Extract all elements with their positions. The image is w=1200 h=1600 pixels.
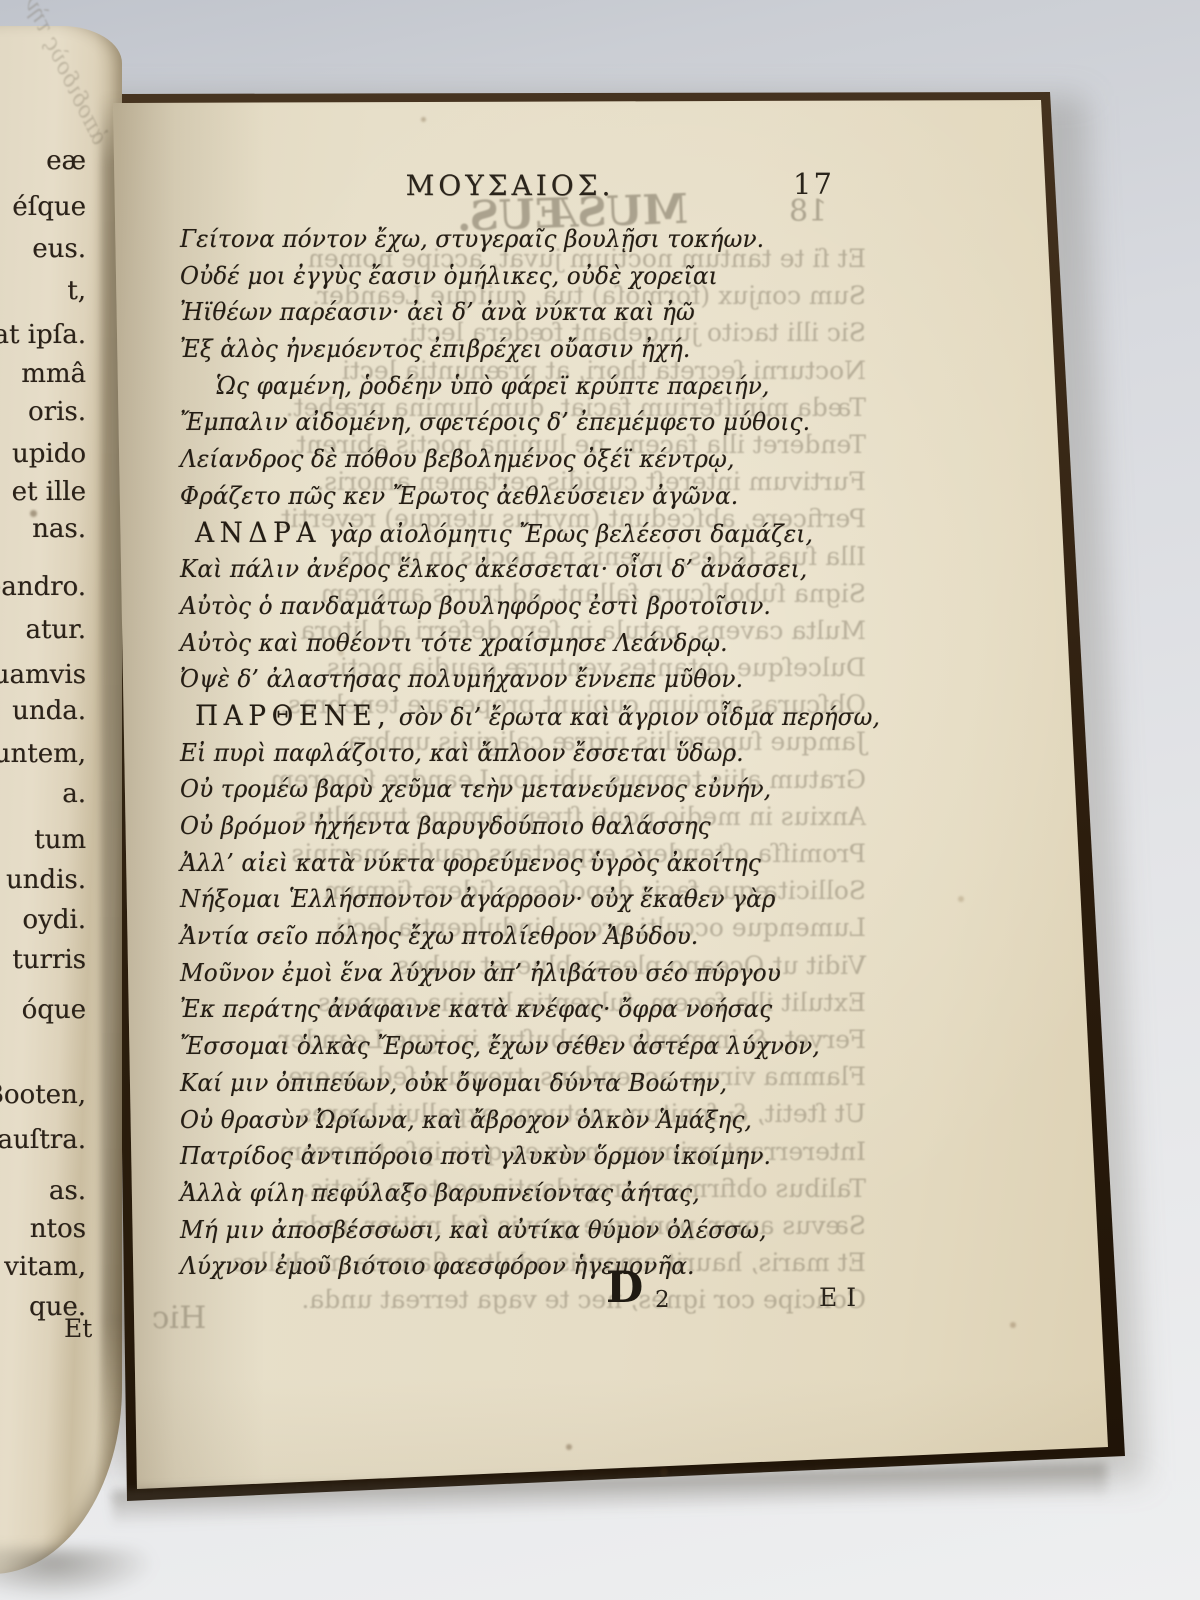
greek-text-line: Νήξομαι Ἑλλήσποντον ἀγάρροον· οὐχ ἕκαθεν… — [180, 881, 880, 918]
running-head-title: ΜΟΥΣΑΙΟΣ. — [335, 169, 685, 202]
left-page-fragment: unda. — [12, 696, 86, 726]
verse-initial-caps: ΠΑΡΘΕΝΕ, — [195, 699, 391, 732]
left-page-catchword: Et — [64, 1314, 92, 1343]
left-page-fragment: eæ — [46, 146, 86, 176]
greek-text-line: Ἐξ ἁλὸς ἠνεμόεντος ἐπιβρέχει οὔασιν ἠχή. — [180, 331, 880, 368]
ghost-latin-line: Concipe cor ignes, nec te vaga terreat u… — [310, 1281, 866, 1318]
foxing-spot — [338, 650, 344, 656]
greek-text-line: Ἀντία σεῖο πόληος ἔχω πτολίεθρον Ἀβύδου. — [180, 918, 880, 955]
page-number: 17 — [793, 167, 834, 201]
greek-text-line: Οὐδέ μοι ἐγγὺς ἔασιν ὁμήλικες, οὐδὲ χορε… — [180, 258, 880, 295]
left-page-fragment: Booten, — [0, 1080, 86, 1110]
signature-mark-letter: D — [606, 1263, 643, 1313]
greek-text-line: Γείτονα πόντον ἔχω, στυγεραῖς βουλῇσι το… — [180, 221, 880, 258]
left-page-fragment: mmâ — [21, 359, 86, 389]
left-page-bottom-shadow — [0, 1548, 156, 1600]
greek-text-line: ΑΝΔΡΑ γὰρ αἰολόμητις Ἔρως βελέεσσι δαμάζ… — [180, 515, 880, 552]
greek-text-line: Λύχνον ἐμοῦ βιότοιο φαεσφόρον ἡγεμονῆα. — [180, 1248, 880, 1285]
left-page-fragment: upido — [12, 439, 86, 469]
greek-text-line: Ἐκ περάτης ἀνάφαινε κατὰ κνέφας· ὄφρα νο… — [180, 991, 880, 1028]
book-photo: { "photo": { "background_color": "#dcdee… — [0, 0, 1200, 1600]
greek-text-line: Ὀψὲ δ’ ἀλαστήσας πολυμήχανον ἔννεπε μῦθο… — [180, 661, 880, 698]
left-page-fragment: tum — [34, 825, 86, 855]
verse-initial-caps: ΑΝΔΡΑ — [195, 516, 321, 549]
left-page-fragment: oydi. — [22, 905, 86, 935]
foxing-spot — [648, 862, 653, 867]
foxing-spot — [421, 117, 426, 122]
left-page-fragment: turris — [12, 945, 86, 975]
greek-text-line: Μοῦνον ἐμοὶ ἕνα λύχνον ἀπ’ ἠλιβάτου σέο … — [180, 955, 880, 992]
left-page-fragment: a. — [62, 779, 86, 809]
greek-text-line: Καὶ πάλιν ἀνέρος ἕλκος ἀκέσσεται· οἷσι δ… — [180, 551, 880, 588]
left-page-fragment: vitam, — [4, 1252, 86, 1282]
greek-text-line: Ἀλλ’ αἰεὶ κατὰ νύκτα φορεύμενος ὑγρὸς ἀκ… — [180, 845, 880, 882]
foxing-spot — [1010, 1322, 1016, 1328]
greek-text-line: Αὐτὸς καὶ ποθέοντι τότε χραίσμησε Λεάνδρ… — [180, 625, 880, 662]
greek-text-line: Καί μιν ὀπιπεύων, οὐκ ὄψομαι δύντα Βοώτη… — [180, 1065, 880, 1102]
foxing-spot — [958, 896, 964, 902]
left-page-fragment: as. — [49, 1176, 86, 1206]
left-page-fragment: auſtra. — [0, 1125, 86, 1155]
greek-text-line: Ὡς φαμένη, ῥοδέην ὑπὸ φάρεϊ κρύπτε παρει… — [180, 368, 880, 405]
left-page-fragment: Leandro. — [0, 572, 86, 602]
greek-text-line: Οὐ βρόμον ἠχήεντα βαρυγδούποιο θαλάσσης — [180, 808, 880, 845]
left-page-fragment: uamvis — [0, 660, 86, 690]
greek-text-line: Ἔσσομαι ὁλκὰς Ἔρωτος, ἔχων σέθεν ἀστέρα … — [180, 1028, 880, 1065]
signature-mark-numeral: 2 — [655, 1287, 670, 1313]
foxing-spot — [566, 1444, 572, 1450]
greek-text-line: Ἠϊθέων παρέασιν· ἀεὶ δ’ ἀνὰ νύκτα καὶ ἠῶ — [180, 294, 880, 331]
greek-text-line: Ἔμπαλιν αἰδομένη, σφετέροις δ’ ἐπεμέμφετ… — [180, 404, 880, 441]
greek-text-line: Πατρίδος ἀντιπόροιο ποτὶ γλυκὺν ὅρμον ἱκ… — [180, 1138, 880, 1175]
left-page-fragment: oris. — [28, 397, 86, 427]
greek-text-line: Εἰ πυρὶ παφλάζοιτο, καὶ ἄπλοον ἔσσεται ὕ… — [180, 735, 880, 772]
greek-text-block: Γείτονα πόντον ἔχω, στυγεραῖς βουλῇσι το… — [180, 221, 880, 1285]
left-page-fragment: nas. — [32, 514, 86, 544]
greek-text-line: Φράζετο πῶς κεν Ἔρωτος ἀεθλεύσειεν ἀγῶνα… — [180, 478, 880, 515]
greek-text-line: Λείανδρος δὲ πόθου βεβολημένος ὀξέϊ κέντ… — [180, 441, 880, 478]
left-page-fragment: éſque — [12, 192, 86, 222]
greek-text-line: Μή μιν ἀποσβέσσωσι, καὶ αὐτίκα θύμον ὀλέ… — [180, 1212, 880, 1249]
left-page-fragment: t, — [67, 276, 86, 306]
left-page-fragment: et ille — [12, 477, 86, 507]
greek-text-line: Ἀλλὰ φίλη πεφύλαξο βαρυπνείοντας ἀήτας, — [180, 1175, 880, 1212]
greek-text-line: ΠΑΡΘΕΝΕ, σὸν δι’ ἔρωτα καὶ ἄγριον οἶδμα … — [180, 698, 880, 735]
left-page-fragment: óque — [22, 995, 86, 1025]
greek-text-line: Αὐτὸς ὁ πανδαμάτωρ βουληφόρος ἐστὶ βροτο… — [180, 588, 880, 625]
left-page-fragment: eus. — [32, 234, 86, 264]
left-page-fragment: atur. — [25, 615, 86, 645]
ink-fleck — [30, 510, 37, 517]
ghost-catchword: Hic — [152, 1300, 206, 1336]
left-page-fragment: untem, — [0, 739, 86, 769]
catchword: ΕΙ — [819, 1283, 865, 1312]
left-page-fragment: ntos — [30, 1214, 86, 1244]
greek-text-line: Οὐ θρασὺν Ὠρίωνα, καὶ ἄβροχον ὁλκὸν Ἁμάξ… — [180, 1102, 880, 1139]
left-page-fragment: undis. — [6, 865, 86, 895]
greek-text-line: Οὐ τρομέω βαρὺ χεῦμα τεὴν μετανεύμενος ε… — [180, 771, 880, 808]
left-page-fragment: epat ipſa. — [0, 320, 86, 350]
